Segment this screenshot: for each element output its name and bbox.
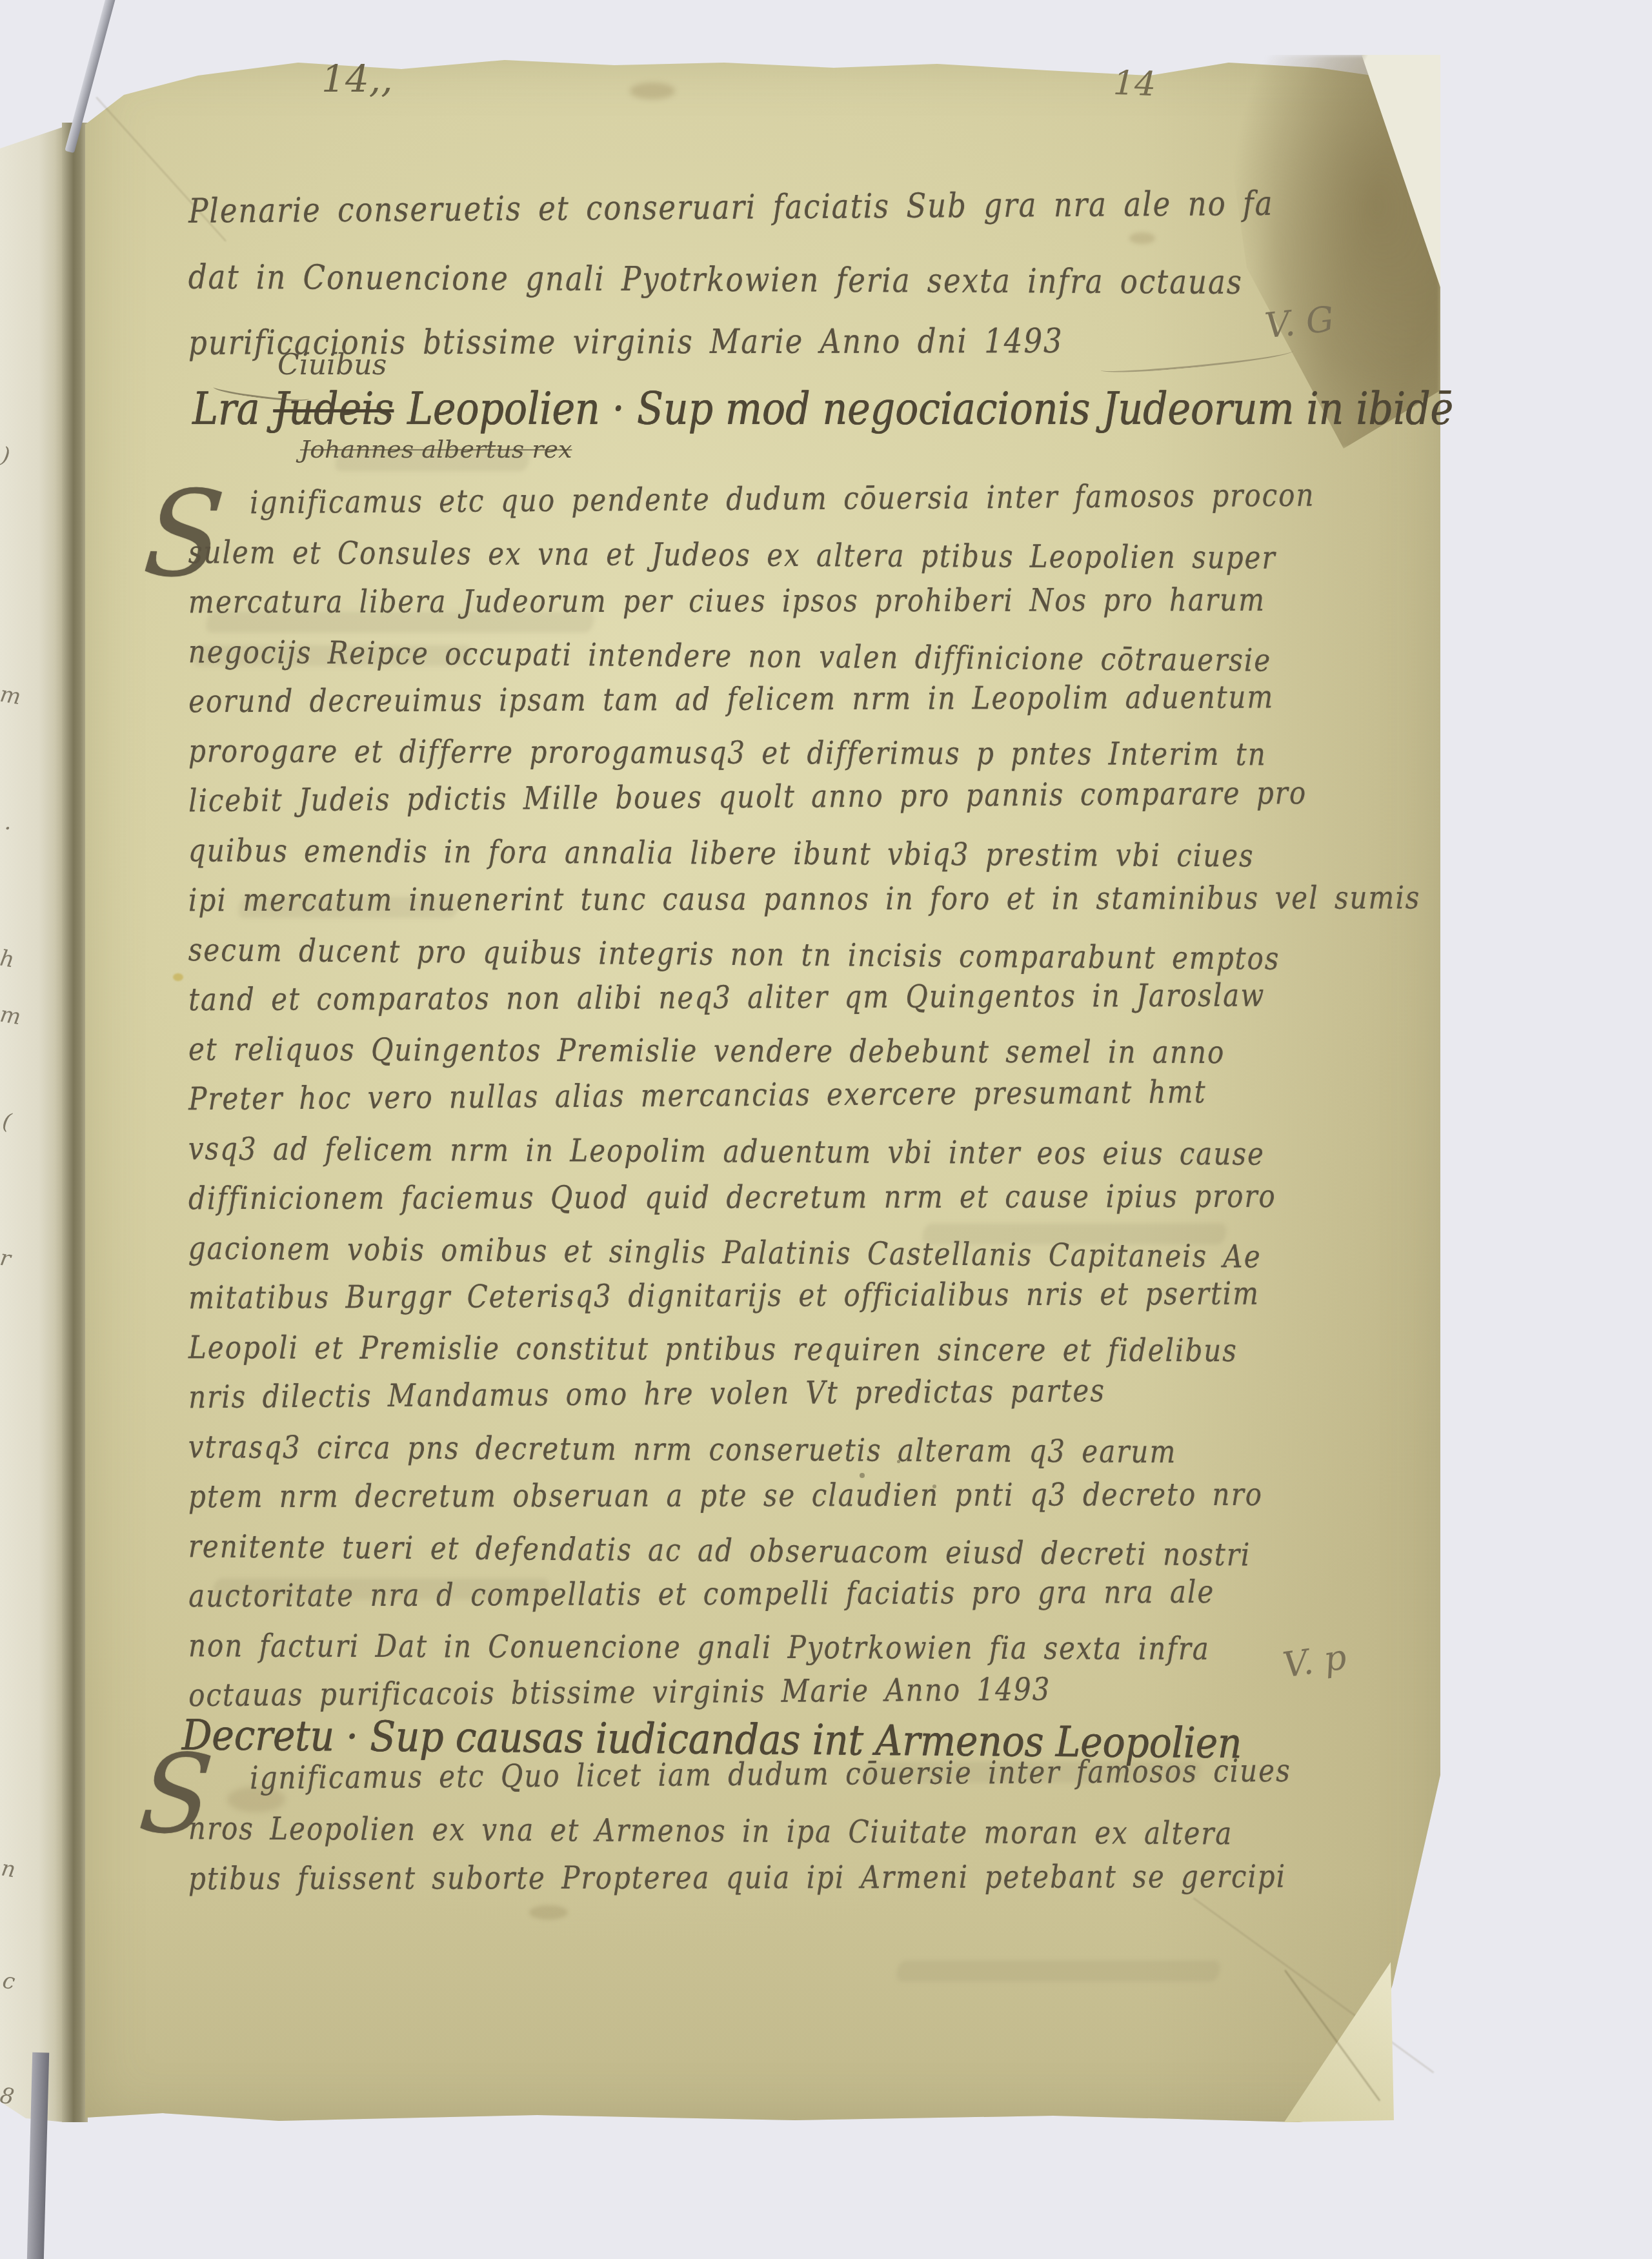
ink-fragment: m	[0, 1002, 23, 1031]
entry2-lines: ignificamus etc Quo licet iam dudum cōue…	[0, 0, 1652, 2259]
ink-fragment: m	[0, 682, 23, 711]
handwriting-layer: 14,, 14 Plenarie conseruetis et conserua…	[0, 0, 1652, 2259]
scanned-manuscript: 14,, 14 Plenarie conseruetis et conserua…	[0, 0, 1652, 2259]
manuscript-line: ptibus fuissent suborte Propterea quia i…	[188, 1858, 1286, 1897]
manuscript-line: ignificamus etc Quo licet iam dudum cōue…	[250, 1752, 1291, 1796]
manuscript-line: nros Leopolien ex vna et Armenos in ipa …	[188, 1810, 1233, 1852]
